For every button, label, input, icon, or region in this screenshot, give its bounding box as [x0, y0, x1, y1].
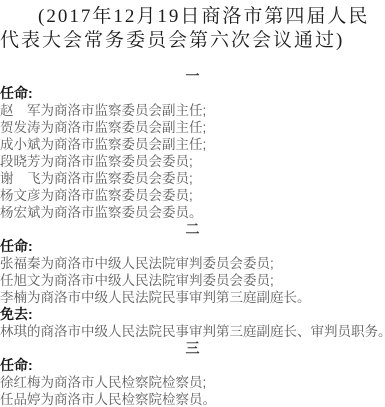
document-header: (2017年12月19日商洛市第四届人民 代表大会常务委员会第六次会议通过)	[0, 0, 385, 53]
appointment-line: 杨文彦为商洛市监察委员会委员;	[0, 187, 385, 204]
appointment-line: 成小斌为商洛市监察委员会副主任;	[0, 136, 385, 153]
removal-line: 林琪的商洛市中级人民法院民事审判第三庭副庭长、审判员职务。	[0, 323, 385, 340]
appointment-line: 张福秦为商洛市中级人民法院审判委员会委员;	[0, 255, 385, 272]
section-1-marker: 一	[0, 68, 385, 85]
section-1: 一 任命: 赵 军为商洛市监察委员会副主任; 贺发涛为商洛市监察委员会副主任; …	[0, 68, 385, 221]
appointment-line: 贺发涛为商洛市监察委员会副主任;	[0, 119, 385, 136]
appointment-line: 谢 飞为商洛市监察委员会委员;	[0, 170, 385, 187]
section-3: 三 任命: 徐红梅为商洛市人民检察院检察员; 任品婷为商洛市人民检察院检察员。	[0, 340, 385, 407]
section-1-appoint-label: 任命:	[0, 85, 385, 102]
appointment-line: 任品婷为商洛市人民检察院检察员。	[0, 391, 385, 407]
section-2-remove-label: 免去:	[0, 306, 385, 323]
appointment-line: 段晓芳为商洛市监察委员会委员;	[0, 153, 385, 170]
appointment-line: 杨宏斌为商洛市监察委员会委员。	[0, 204, 385, 221]
appointment-line: 李楠为商洛市中级人民法院民事审判第三庭副庭长。	[0, 289, 385, 306]
section-2-marker: 二	[0, 221, 385, 238]
appointment-line: 徐红梅为商洛市人民检察院检察员;	[0, 374, 385, 391]
header-line-2: 代表大会常务委员会第六次会议通过)	[0, 29, 385, 53]
section-3-appoint-label: 任命:	[0, 357, 385, 374]
document-page: (2017年12月19日商洛市第四届人民 代表大会常务委员会第六次会议通过) 一…	[0, 0, 385, 407]
appointment-line: 任旭文为商洛市中级人民法院审判委员会委员;	[0, 272, 385, 289]
section-2-appoint-label: 任命:	[0, 238, 385, 255]
appointment-line: 赵 军为商洛市监察委员会副主任;	[0, 102, 385, 119]
section-2: 二 任命: 张福秦为商洛市中级人民法院审判委员会委员; 任旭文为商洛市中级人民法…	[0, 221, 385, 340]
header-line-1: (2017年12月19日商洛市第四届人民	[0, 5, 385, 29]
section-3-marker: 三	[0, 340, 385, 357]
